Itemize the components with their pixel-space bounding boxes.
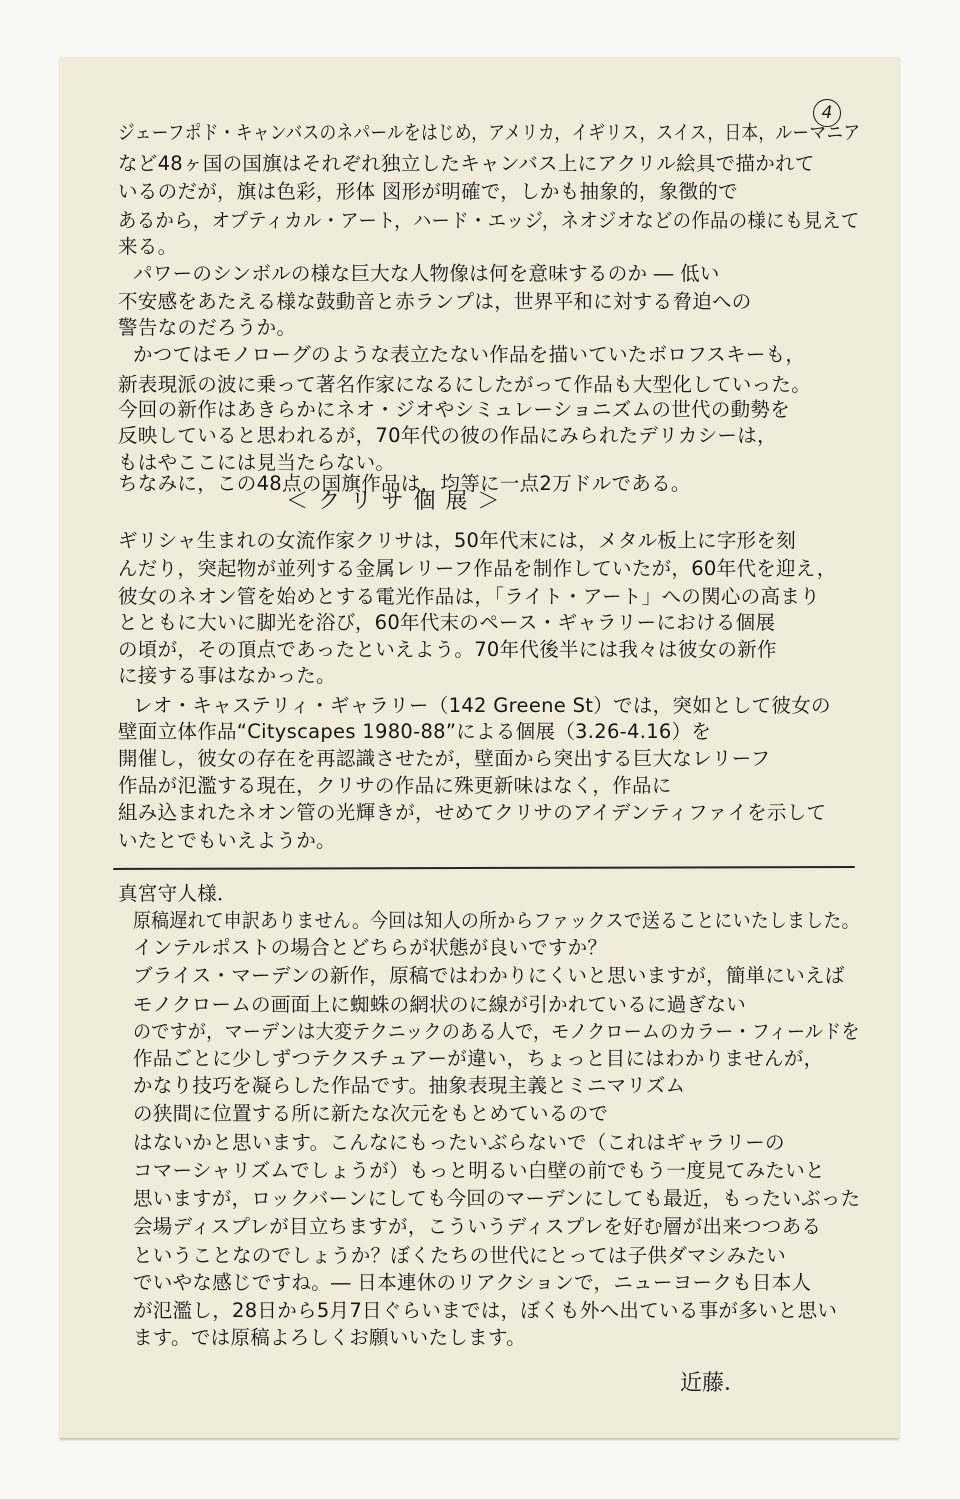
text-line: コマーシャリズムでしょうが）もっと明るい白壁の前でもう一度見てみたいと xyxy=(133,1155,825,1183)
text-line: インテルポストの場合とどちらが状態が良いですか？ xyxy=(133,932,607,960)
text-line: 警告なのだろうか。 xyxy=(118,312,296,340)
text-line: かなり技巧を凝らした作品です。抽象表現主義とミニマリズム xyxy=(133,1070,685,1098)
text-line: いたとでもいえようか。 xyxy=(118,825,336,853)
signature: 近藤． xyxy=(680,1366,746,1397)
text-line: 原稿遅れて申訳ありません。今回は知人の所からファックスで送ることにいたしました。 xyxy=(133,905,860,933)
text-line: でいやな感じですね。― 日本連休のリアクションで，ニューヨークも日本人 xyxy=(133,1267,811,1295)
text-line: 開催し，彼女の存在を再認識させたが，壁面から突出する巨大なレリーフ xyxy=(118,743,770,771)
text-line: パワーのシンボルの様な巨大な人物像は何を意味するのか ― 低い xyxy=(133,258,720,286)
text-line: 新表現派の波に乗って著名作家になるにしたがって作品も大型化していった。 xyxy=(118,369,811,397)
text-line: 反映していると思われるが，70年代の彼の作品にみられたデリカシーは， xyxy=(118,420,777,448)
text-line: あるから，オプティカル・アート，ハード・エッジ，ネオジオなどの作品の様にも見えて xyxy=(118,205,860,233)
text-line: 組み込まれたネオン管の光輝きが，せめてクリサのアイデンティファイを示して xyxy=(118,797,826,825)
text-line: ブライス・マーデンの新作，原稿ではわかりにくいと思いますが，簡単にいえば xyxy=(133,960,845,988)
text-line: 壁面立体作品“Cityscapes 1980-88”による個展（3.26-4.1… xyxy=(118,716,711,744)
text-line: 彼女のネオン管を始めとする電光作品は，「ライト・アート」への関心の高まり xyxy=(118,581,820,609)
text-line: ます。では原稿よろしくお願いいたします。 xyxy=(133,1322,526,1350)
salutation: 真宮守人様． xyxy=(118,878,237,906)
section-heading: ＜クリサ個展＞ xyxy=(286,484,510,515)
text-line: 作品ごとに少しずつテクスチュアーが違い，ちょっと目にはわかりませんが， xyxy=(133,1043,823,1071)
text-line: 不安感をあたえる様な鼓動音と赤ランプは，世界平和に対する脅迫への xyxy=(118,286,752,314)
text-line: 思いますが，ロックバーンにしても今回のマーデンにしても最近，もったいぶった xyxy=(133,1183,860,1211)
text-line: レオ・キャステリィ・ギャラリー（142 Greene St）では，突如として彼女… xyxy=(133,690,831,718)
text-line: ギリシャ生まれの女流作家クリサは，50年代末には，メタル板上に字形を刻 xyxy=(118,525,796,553)
text-line: ということなのでしょうか？ぼくたちの世代にとっては子供ダマシみたい xyxy=(133,1240,786,1268)
text-line: 会場ディスプレが目立ちますが，こういうディスプレを好む層が出来つつある xyxy=(133,1211,821,1239)
text-line: 今回の新作はあきらかにネオ・ジオやシミュレーショニズムの世代の動勢を xyxy=(118,394,790,422)
text-line: 作品が氾濫する現在，クリサの作品に殊更新味はなく，作品に xyxy=(118,770,672,798)
text-line: の狭間に位置する所に新たな次元をもとめているので xyxy=(133,1098,608,1126)
text-line: はないかと思います。こんなにもったいぶらないで（これはギャラリーの xyxy=(133,1127,785,1155)
text-line: ジェーフポド・キャンバスのネパールをはじめ，アメリカ，イギリス，スイス，日本，ル… xyxy=(118,117,860,145)
text-line: 来る。 xyxy=(118,231,177,259)
text-line: など48ヶ国の国旗はそれぞれ独立したキャンバス上にアクリル絵具で描かれて xyxy=(118,148,815,176)
text-line: が氾濫し，28日から5月7日ぐらいまでは，ぼくも外へ出ている事が多いと思い xyxy=(133,1295,837,1323)
text-line: に接する事はなかった。 xyxy=(118,660,336,688)
text-line: かつてはモノローグのような表立たない作品を描いていたボロフスキーも， xyxy=(133,339,805,367)
text-line: んだり，突起物が並列する金属レリーフ作品を制作していたが，60年代を迎え， xyxy=(118,553,837,581)
text-line: のですが，マーデンは大変テクニックのある人で，モノクロームのカラー・フィールドを xyxy=(133,1016,860,1044)
text-line: モノクロームの画面上に蜘蛛の網状のに線が引かれているに過ぎない xyxy=(133,989,746,1017)
text-line: とともに大いに脚光を浴び，60年代末のペース・ギャラリーにおける個展 xyxy=(118,607,775,635)
text-line: いるのだが，旗は色彩，形体 図形が明確で，しかも抽象的，象徴的で xyxy=(118,176,738,204)
text-line: の頃が，その頂点であったといえよう。70年代後半には我々は彼女の新作 xyxy=(118,634,777,662)
